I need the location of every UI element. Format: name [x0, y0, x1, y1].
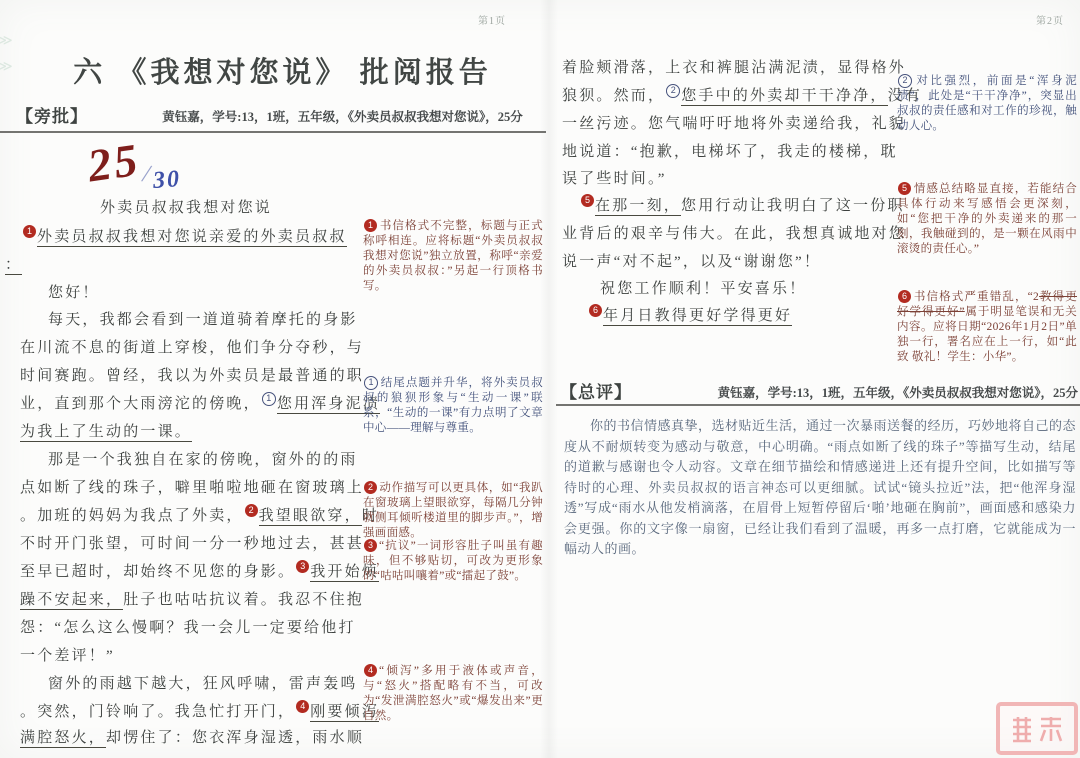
essay-text: 地说道：“抱歉，电梯坏了，我走的楼梯，耽 [562, 144, 898, 160]
page-1-number: 第1页 [478, 12, 506, 27]
essay-line: 误了些时间。” [562, 167, 667, 188]
essay-line: 在川流不息的街道上穿梭，他们争分夺秒，与 [20, 336, 364, 357]
essay-text: 一个差评！” [20, 648, 115, 664]
circled-number-badge: 2 [898, 74, 912, 88]
essay-line: 祝您工作顺利！平安喜乐！ [600, 277, 806, 298]
essay-text: 业背后的艰辛与伟大。在此，我想真诚地对您 [562, 226, 906, 242]
seal-watermark-icon [996, 702, 1078, 755]
red-number-badge: 2 [364, 481, 377, 494]
essay-text: 外卖员叔叔我想对您说 [100, 200, 272, 216]
essay-text: 说一声“对不起”，以及“谢谢您”！ [562, 254, 821, 270]
red-number-badge: 6 [898, 290, 911, 303]
essay-line: 外卖员叔叔我想对您说 [100, 196, 272, 217]
essay-line: 业背后的艰辛与伟大。在此，我想真诚地对您 [562, 222, 906, 243]
margin-annotation: 1结尾点题并升华，将外卖员叔叔的狼狈形象与“生动一课”联系，“生动的一课”有力点… [363, 376, 543, 436]
essay-text: 狼狈。然而， [562, 88, 665, 104]
essay-text: 至早已超时，却始终不见您的身影。 [20, 564, 295, 580]
section-divider [556, 404, 1080, 406]
essay-text: 窗外的雨越下越大，狂风呼啸，雷声轰鸣 [48, 676, 358, 692]
red-number-badge: 4 [296, 700, 309, 713]
red-number-badge: 2 [245, 504, 258, 517]
essay-text: 误了些时间。” [562, 171, 667, 187]
essay-line: 时间赛跑。曾经，我以为外卖员是最普通的职 [20, 364, 364, 385]
essay-line: 为我上了生动的一课。 [20, 420, 192, 441]
underlined-phrase: ： [5, 257, 22, 275]
page-2-number: 第2页 [1036, 12, 1064, 27]
essay-line: 那是一个我独自在家的傍晚，窗外的的雨 [48, 448, 358, 469]
essay-text: 。加班的妈妈为我点了外卖， [20, 508, 244, 524]
essay-text: 。突然，门铃响了。我急忙打开门， [20, 704, 295, 720]
underlined-phrase: 外卖员叔叔我想对您说亲爱的外卖员叔叔 [37, 229, 347, 247]
essay-text: 肚子也咕咕抗议着。我忍不住抱 [123, 592, 364, 608]
red-number-badge: 1 [364, 219, 377, 232]
red-number-badge: 6 [589, 304, 602, 317]
side-notes-label: 【旁批】 [16, 102, 88, 127]
essay-line: 着脸颊滑落，上衣和裤腿沾满泥渍，显得格外 [562, 56, 906, 77]
essay-line: 躁不安起来，肚子也咕咕抗议着。我忍不住抱 [20, 588, 364, 609]
overall-info-line: 黄钰嘉，学号:13，1班，五年级，《外卖员叔叔我想对您说》，25分 [630, 383, 1078, 401]
underlined-phrase: 为我上了生动的一课。 [20, 424, 192, 442]
margin-annotation: 2动作描写可以更具体，如“我趴在窗玻璃上望眼欲穿，每隔几分钟就侧耳倾听楼道里的脚… [363, 481, 543, 541]
margin-annotation: 6书信格式严重错乱，“2教得更好学得更好”属于明显笔误和无关内容。应将日期“20… [897, 290, 1077, 365]
report-title: 六 《我想对您说》 批阅报告 [20, 50, 545, 91]
essay-text: 那是一个我独自在家的傍晚，窗外的的雨 [48, 452, 358, 468]
underlined-phrase: 在那一刻， [595, 198, 681, 216]
essay-line: 。突然，门铃响了。我急忙打开门，4刚要倾泻 [20, 700, 379, 721]
essay-text: 点如断了线的珠子，噼里啪啦地砸在窗玻璃上 [20, 480, 364, 496]
underlined-phrase: 满腔怒火， [20, 730, 106, 748]
essay-line: 每天，我都会看到一道道骑着摩托的身影 [48, 308, 358, 329]
essay-text: 一丝污迹。您气喘吁吁地将外卖递给我，礼貌 [562, 116, 906, 132]
essay-text: 怨：“怎么这么慢啊？我一会儿一定要给他打 [20, 620, 356, 636]
margin-annotation: 2对比强烈，前面是“浑身泥渍”，此处是“干干净净”，突显出叔叔的责任感和对工作的… [897, 74, 1077, 134]
essay-text: 着脸颊滑落，上衣和裤腿沾满泥渍，显得格外 [562, 60, 906, 76]
essay-line: 窗外的雨越下越大，狂风呼啸，雷声轰鸣 [48, 672, 358, 693]
section-divider [0, 131, 546, 133]
circled-number-badge: 1 [262, 392, 276, 406]
essay-line: ： [5, 253, 22, 274]
underlined-phrase: 年月日教得更好学得更好 [603, 308, 792, 326]
essay-text: 您用行动让我明白了这一份职 [681, 198, 905, 214]
essay-text: 却愣住了：您衣浑身湿透，雨水顺 [106, 730, 364, 746]
essay-text: 不时开门张望，可时间一分一秒地过去，甚甚 [20, 536, 364, 552]
margin-annotation: 1书信格式不完整，标题与正式称呼相连。应将标题“外卖员叔叔我想对您说”独立放置，… [363, 219, 543, 294]
margin-annotation: 4“倾泻”多用于液体或声音，与“怒火”搭配略有不当，可改为“发泄满腔怒火”或“爆… [363, 664, 543, 724]
margin-marks: ≫≫ [0, 28, 13, 80]
underlined-phrase: 躁不安起来， [20, 592, 123, 610]
red-number-badge: 1 [23, 225, 36, 238]
underlined-phrase: 您手中的外卖却干干净净， [681, 88, 887, 106]
essay-line: 业，直到那个大雨滂沱的傍晚，1您用浑身泥渍 [20, 392, 380, 413]
essay-text: 时间赛跑。曾经，我以为外卖员是最普通的职 [20, 368, 364, 384]
red-number-badge: 4 [364, 664, 377, 677]
circled-number-badge: 2 [666, 84, 680, 98]
score-total: 30 [152, 166, 182, 195]
essay-line: 1外卖员叔叔我想对您说亲爱的外卖员叔叔 [22, 225, 347, 246]
red-number-badge: 3 [364, 539, 377, 552]
essay-text: 业，直到那个大雨滂沱的傍晚， [20, 396, 261, 412]
margin-annotation: 3“抗议”一词形容肚子叫虽有趣味，但不够贴切，可改为更形象的“咕咕叫嚷着”或“擂… [363, 539, 543, 584]
essay-line: 一丝污迹。您气喘吁吁地将外卖递给我，礼貌 [562, 112, 906, 133]
document-scan: ≫≫ 第1页 第2页 六 《我想对您说》 批阅报告 【旁批】 黄钰嘉，学号:13… [0, 0, 1080, 758]
circled-number-badge: 1 [364, 376, 378, 390]
margin-annotation: 5情感总结略显直接，若能结合具体行动来写感悟会更深刻，如“您把干净的外卖递来的那… [897, 182, 1077, 257]
essay-line: 您好！ [48, 281, 100, 302]
essay-line: 怨：“怎么这么慢啊？我一会儿一定要给他打 [20, 616, 356, 637]
essay-line: 不时开门张望，可时间一分一秒地过去，甚甚 [20, 532, 364, 553]
red-number-badge: 5 [581, 194, 594, 207]
overall-label: 【总评】 [560, 378, 632, 403]
student-info-line: 黄钰嘉，学号:13，1班，五年级，《外卖员叔叔我想对您说》，25分 [140, 107, 545, 125]
score-value: 25 [85, 133, 144, 193]
essay-line: 至早已超时，却始终不见您的身影。3我开始烦 [20, 560, 379, 581]
essay-line: 点如断了线的珠子，噼里啪啦地砸在窗玻璃上 [20, 476, 364, 497]
red-number-badge: 3 [296, 560, 309, 573]
essay-line: 5在那一刻，您用行动让我明白了这一份职 [580, 194, 905, 215]
underlined-phrase: 我望眼欲穿， [259, 508, 362, 526]
essay-line: 地说道：“抱歉，电梯坏了，我走的楼梯，耽 [562, 140, 898, 161]
essay-text: 在川流不息的街道上穿梭，他们争分夺秒，与 [20, 340, 364, 356]
overall-comment: 你的书信情感真挚，选材贴近生活，通过一次暴雨送餐的经历，巧妙地将自己的态度从不耐… [564, 416, 1076, 560]
essay-text: 祝您工作顺利！平安喜乐！ [600, 281, 806, 297]
essay-line: 满腔怒火，却愣住了：您衣浑身湿透，雨水顺 [20, 726, 364, 747]
essay-text: 您好！ [48, 285, 100, 301]
essay-line: 一个差评！” [20, 644, 115, 665]
essay-line: 说一声“对不起”，以及“谢谢您”！ [562, 250, 821, 271]
essay-text: 每天，我都会看到一道道骑着摩托的身影 [48, 312, 358, 328]
essay-line: 狼狈。然而，2您手中的外卖却干干净净，没有 [562, 84, 922, 105]
essay-line: 。加班的妈妈为我点了外卖，2我望眼欲穿，时 [20, 504, 379, 525]
handwritten-score: 25/30 [88, 136, 181, 189]
essay-line: 6年月日教得更好学得更好 [588, 304, 792, 325]
red-number-badge: 5 [898, 182, 911, 195]
struck-text: 教得更好学得更好” [897, 291, 1077, 318]
